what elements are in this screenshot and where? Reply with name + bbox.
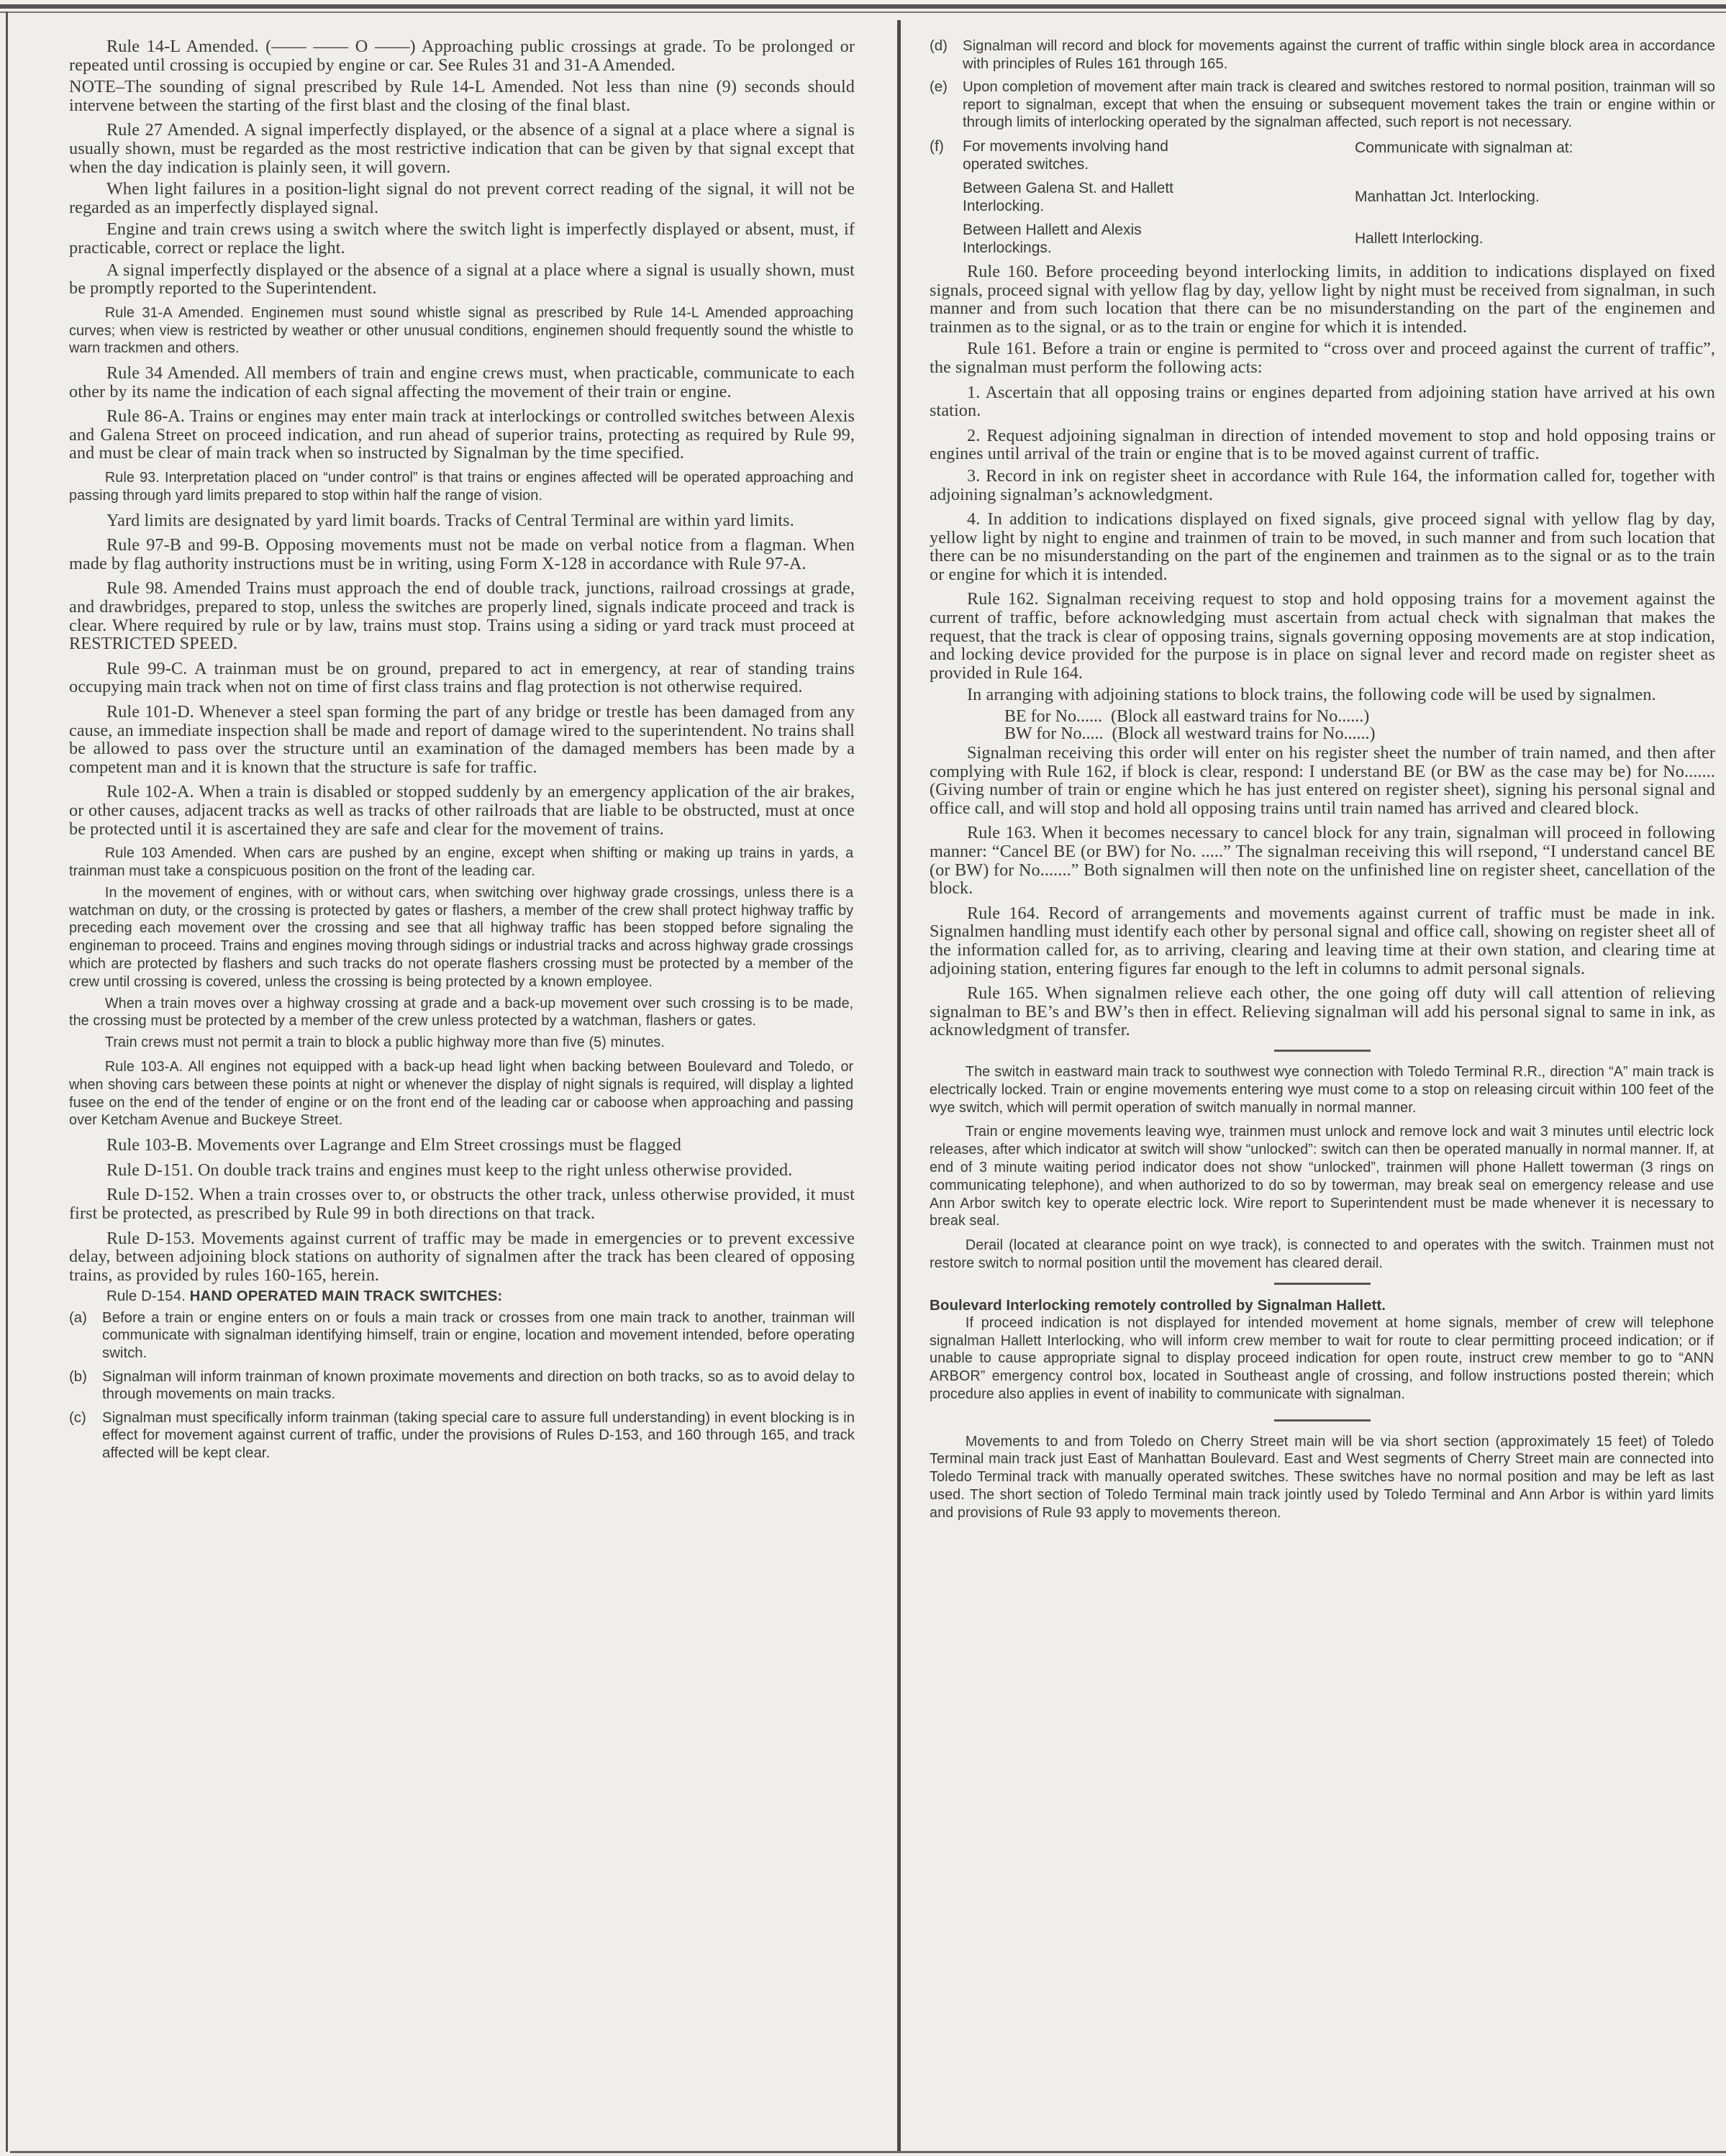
rule-27-paragraph: A signal imperfectly displayed or the ab… (69, 261, 855, 298)
rule-31a: Rule 31-A Amended. Enginemen must sound … (69, 304, 853, 358)
wye-switch-paragraph: The switch in eastward main track to sou… (930, 1063, 1714, 1116)
rule-d152: Rule D-152. When a train crosses over to… (69, 1186, 855, 1222)
rule-161-act-1: 1. Ascertain that all opposing trains or… (930, 383, 1715, 420)
rule-27-paragraph: When light failures in a position-light … (69, 180, 855, 217)
rule-d154-item-f-table: (f) For movements involving hand operate… (930, 137, 1715, 257)
top-border-thin (0, 12, 1726, 13)
rule-161-act-2: 2. Request adjoining signalman in direct… (930, 427, 1715, 463)
rule-d154-item-c: (c) Signalman must specifically inform t… (69, 1409, 855, 1463)
rule-164: Rule 164. Record of arrangements and mov… (930, 904, 1715, 978)
rule-162: Rule 162. Signalman receiving request to… (930, 590, 1715, 682)
rule-d154-item-b: (b) Signalman will inform trainman of kn… (69, 1368, 855, 1404)
block-code-bw: BW for No..... (Block all westward train… (1004, 725, 1715, 742)
top-border-thick (0, 4, 1726, 9)
rule-163: Rule 163. When it becomes necessary to c… (930, 824, 1715, 897)
section-separator (1274, 1419, 1371, 1422)
rule-101d: Rule 101-D. Whenever a steel span formin… (69, 703, 855, 776)
rule-93: Rule 93. Interpretation placed on “under… (69, 469, 853, 505)
rule-161-act-4: 4. In addition to indications displayed … (930, 510, 1715, 583)
section-separator (1274, 1050, 1371, 1052)
rule-161-act-3: 3. Record in ink on register sheet in ac… (930, 467, 1715, 504)
boulevard-interlocking-paragraph: If proceed indication is not displayed f… (930, 1314, 1714, 1404)
rule-161: Rule 161. Before a train or engine is pe… (930, 340, 1715, 376)
rule-d154-heading: Rule D-154. HAND OPERATED MAIN TRACK SWI… (69, 1288, 855, 1306)
rule-162-code-intro: In arranging with adjoining stations to … (930, 686, 1715, 704)
column-divider (897, 20, 901, 2151)
rule-103-highway: In the movement of engines, with or with… (69, 884, 853, 991)
item-f-header-row: (f) For movements involving hand operate… (930, 137, 1715, 173)
rule-14l-note: NOTE–The sounding of signal prescribed b… (69, 78, 855, 114)
rule-86a: Rule 86-A. Trains or engines may enter m… (69, 407, 855, 463)
rule-165: Rule 165. When signalmen relieve each ot… (930, 984, 1715, 1040)
rule-103: Rule 103 Amended. When cars are pushed b… (69, 845, 853, 881)
rule-102a: Rule 102-A. When a train is disabled or … (69, 783, 855, 838)
rule-d154-item-e: (e) Upon completion of movement after ma… (930, 78, 1715, 132)
rule-d153: Rule D-153. Movements against current of… (69, 1229, 855, 1285)
rule-160: Rule 160. Before proceeding beyond inter… (930, 263, 1715, 336)
block-code-list: BE for No...... (Block all eastward trai… (1004, 708, 1715, 742)
timetable-page: Rule 14-L Amended. (—— —— O ——) Approach… (0, 0, 1726, 2156)
rule-103b: Rule 103-B. Movements over Lagrange and … (69, 1136, 855, 1155)
rule-97b-99b: Rule 97-B and 99-B. Opposing movements m… (69, 536, 855, 573)
rule-d154-title: HAND OPERATED MAIN TRACK SWITCHES: (190, 1288, 503, 1304)
item-f-row: Between Galena St. and Hallett Interlock… (930, 179, 1715, 215)
left-column: Rule 14-L Amended. (—— —— O ——) Approach… (69, 37, 855, 1468)
block-code-be: BE for No...... (Block all eastward trai… (1004, 708, 1715, 725)
rule-34: Rule 34 Amended. All members of train an… (69, 364, 855, 401)
rule-d154-item-a: (a) Before a train or engine enters on o… (69, 1309, 855, 1363)
rule-103-backup: When a train moves over a highway crossi… (69, 995, 853, 1031)
rule-27-paragraph: Engine and train crews using a switch wh… (69, 220, 855, 257)
rule-d151: Rule D-151. On double track trains and e… (69, 1161, 855, 1180)
rule-d154-label: Rule D-154. (106, 1288, 186, 1304)
rule-103-block-highway: Train crews must not permit a train to b… (69, 1034, 853, 1052)
rule-99c: Rule 99-C. A trainman must be on ground,… (69, 660, 855, 696)
rule-14l: Rule 14-L Amended. (—— —— O ——) Approach… (69, 37, 855, 74)
rule-162-response: Signalman receiving this order will ente… (930, 744, 1715, 817)
item-f-row: Between Hallett and Alexis Interlockings… (930, 221, 1715, 257)
right-column: (d) Signalman will record and block for … (930, 37, 1715, 1526)
rule-27: Rule 27 Amended. A signal imperfectly di… (69, 121, 855, 176)
boulevard-interlocking-heading: Boulevard Interlocking remotely controll… (930, 1296, 1715, 1314)
wye-derail-paragraph: Derail (located at clearance point on wy… (930, 1237, 1714, 1273)
rule-93-yard-limits: Yard limits are designated by yard limit… (69, 511, 855, 530)
section-separator (1274, 1283, 1371, 1285)
rule-d154-item-d: (d) Signalman will record and block for … (930, 37, 1715, 73)
left-border (6, 12, 8, 2152)
cherry-street-paragraph: Movements to and from Toledo on Cherry S… (930, 1433, 1714, 1522)
bottom-border (10, 2151, 1726, 2153)
rule-98: Rule 98. Amended Trains must approach th… (69, 579, 855, 652)
wye-leaving-paragraph: Train or engine movements leaving wye, t… (930, 1123, 1714, 1230)
rule-103a: Rule 103-A. All engines not equipped wit… (69, 1058, 853, 1129)
